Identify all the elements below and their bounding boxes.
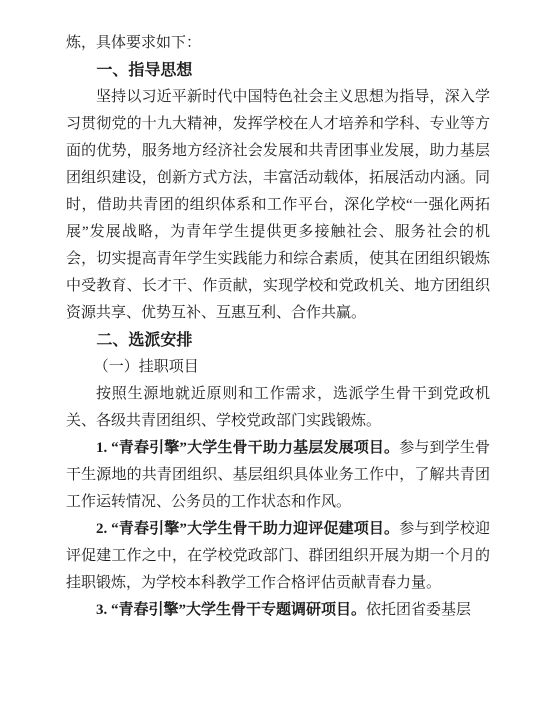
project-2-title: 2. “青春引擎”大学生骨干助力迎评促建项目。 <box>96 521 399 537</box>
project-1-title: 1. “青春引擎”大学生骨干助力基层发展项目。 <box>96 440 399 456</box>
section1-body-paragraph: 坚持以习近平新时代中国特色社会主义思想为指导，深入学习贯彻党的十九大精神，发挥学… <box>66 84 490 327</box>
document-page: 炼，具体要求如下： 一、指导思想 坚持以习近平新时代中国特色社会主义思想为指导，… <box>0 0 550 723</box>
intro-continuation-line: 炼，具体要求如下： <box>66 30 490 57</box>
project-paragraph-3: 3. “青春引擎”大学生骨干专题调研项目。依托团省委基层 <box>66 597 490 624</box>
project-3-body: 依托团省委基层 <box>366 602 471 618</box>
section2-heading: 二、选派安排 <box>66 327 490 354</box>
project-3-title: 3. “青春引擎”大学生骨干专题调研项目。 <box>96 602 366 618</box>
project-paragraph-2: 2. “青春引擎”大学生骨干助力迎评促建项目。参与到学校迎评促建工作之中，在学校… <box>66 516 490 597</box>
section2-intro-paragraph: 按照生源地就近原则和工作需求，选派学生骨干到党政机关、各级共青团组织、学校党政部… <box>66 381 490 435</box>
section2-subheading: （一）挂职项目 <box>66 354 490 381</box>
project-paragraph-1: 1. “青春引擎”大学生骨干助力基层发展项目。参与到学生骨干生源地的共青团组织、… <box>66 435 490 516</box>
section1-heading: 一、指导思想 <box>66 57 490 84</box>
